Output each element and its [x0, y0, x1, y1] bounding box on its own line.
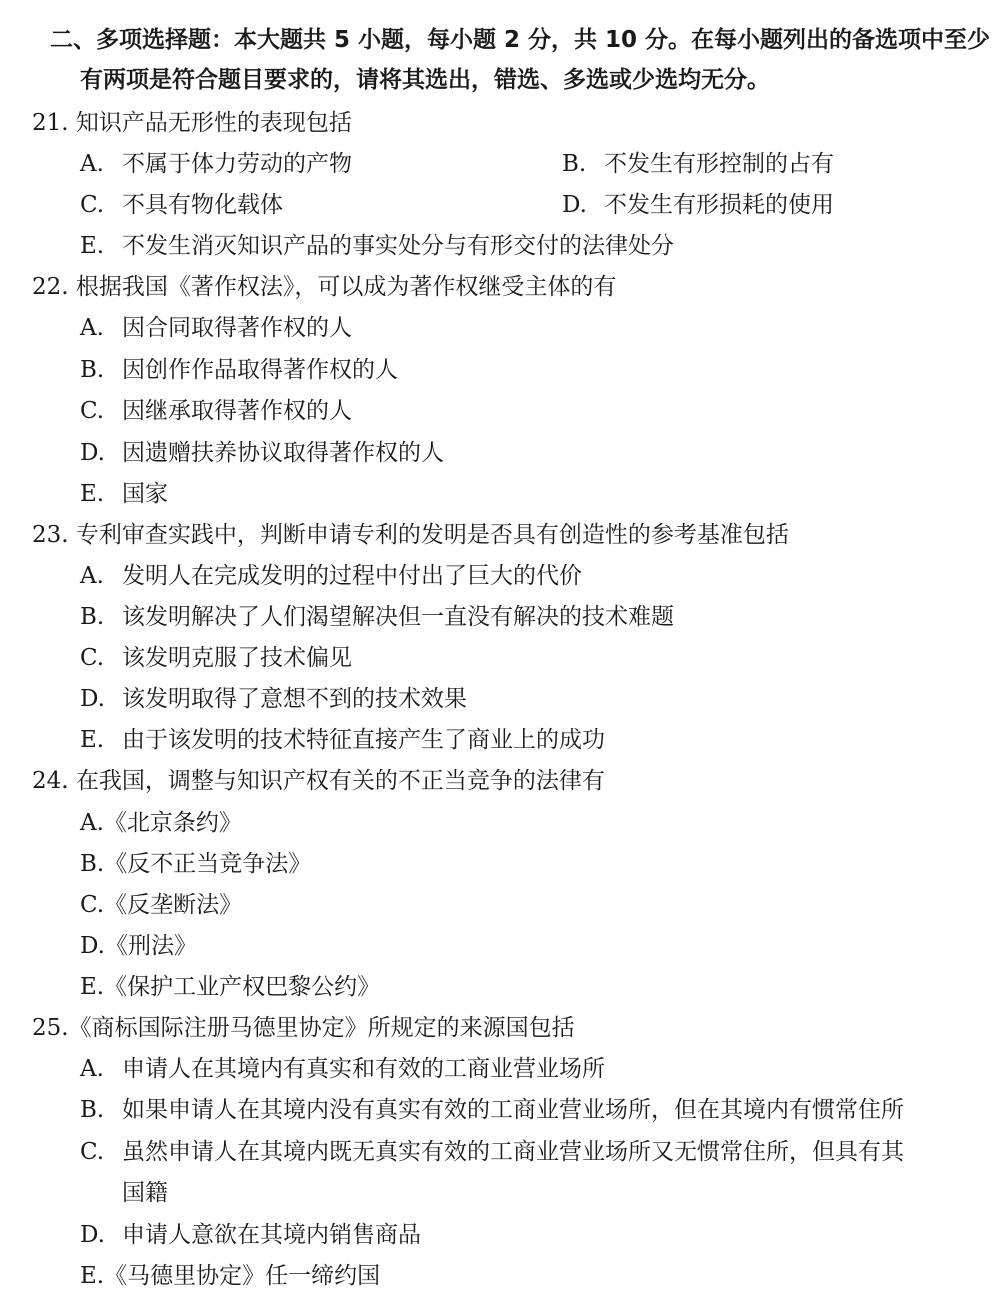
option-25-a: A.申请人在其境内有真实和有效的工商业营业场所: [80, 1054, 605, 1084]
option-text: 因继承取得著作权的人: [122, 398, 352, 424]
option-text: 国家: [122, 481, 168, 507]
option-letter: B.: [80, 602, 122, 632]
option-25-c-continuation: 国籍: [122, 1178, 168, 1208]
option-23-d: D.该发明取得了意想不到的技术效果: [80, 684, 467, 714]
question-stem: 根据我国《著作权法》，可以成为著作权继受主体的有: [76, 274, 617, 300]
option-21-a: A.不属于体力劳动的产物: [80, 149, 352, 179]
question-stem: 知识产品无形性的表现包括: [76, 110, 352, 136]
question-stem: 在我国，调整与知识产权有关的不正当竞争的法律有: [76, 768, 605, 794]
option-text: 发明人在完成发明的过程中付出了巨大的代价: [122, 563, 582, 589]
option-letter: A.: [80, 313, 122, 343]
option-24-a: A.《北京条约》: [80, 808, 242, 838]
option-24-b: B.《反不正当竞争法》: [80, 849, 311, 879]
option-text: 虽然申请人在其境内既无真实有效的工商业营业场所又无惯常住所，但具有其: [122, 1139, 904, 1165]
option-letter: B.: [80, 851, 104, 877]
option-22-a: A.因合同取得著作权的人: [80, 313, 352, 343]
option-23-e: E.由于该发明的技术特征直接产生了商业上的成功: [80, 725, 605, 755]
option-letter: D.: [80, 1220, 122, 1250]
question-21: 21. 知识产品无形性的表现包括: [32, 108, 352, 138]
option-text: 不具有物化载体: [122, 192, 283, 218]
option-22-b: B.因创作作品取得著作权的人: [80, 355, 398, 385]
question-25: 25.《商标国际注册马德里协定》所规定的来源国包括: [32, 1013, 575, 1043]
option-letter: B.: [80, 355, 122, 385]
option-letter: E.: [80, 1263, 104, 1289]
section-heading-line2: 有两项是符合题目要求的，请将其选出，错选、多选或少选均无分。: [80, 65, 770, 95]
option-letter: E.: [80, 479, 122, 509]
question-24: 24. 在我国，调整与知识产权有关的不正当竞争的法律有: [32, 766, 605, 796]
option-letter: A.: [80, 149, 122, 179]
option-text: 该发明克服了技术偏见: [122, 645, 352, 671]
option-letter: E.: [80, 231, 122, 261]
option-text: 不发生消灭知识产品的事实处分与有形交付的法律处分: [122, 233, 674, 259]
option-text: 因创作作品取得著作权的人: [122, 357, 398, 383]
option-letter: C.: [80, 892, 104, 918]
option-letter: D.: [562, 190, 604, 220]
option-text: 该发明取得了意想不到的技术效果: [122, 686, 467, 712]
option-text: 《反不正当竞争法》: [104, 851, 311, 877]
option-text: 因合同取得著作权的人: [122, 315, 352, 341]
option-22-d: D.因遗赠扶养协议取得著作权的人: [80, 438, 444, 468]
option-text: 《北京条约》: [104, 810, 242, 836]
question-number: 21.: [32, 108, 69, 138]
question-23: 23. 专利审查实践中，判断申请专利的发明是否具有创造性的参考基准包括: [32, 520, 789, 550]
option-text: 该发明解决了人们渴望解决但一直没有解决的技术难题: [122, 604, 674, 630]
option-text: 《保护工业产权巴黎公约》: [104, 974, 380, 1000]
option-22-c: C.因继承取得著作权的人: [80, 396, 352, 426]
question-number: 22.: [32, 272, 69, 302]
option-letter: A.: [80, 561, 122, 591]
option-letter: D.: [80, 933, 105, 959]
option-21-c: C.不具有物化载体: [80, 190, 283, 220]
option-letter: B.: [80, 1095, 122, 1125]
question-number: 23.: [32, 520, 69, 550]
option-letter: C.: [80, 1137, 122, 1167]
question-stem: 专利审查实践中，判断申请专利的发明是否具有创造性的参考基准包括: [76, 522, 789, 548]
option-text: 因遗赠扶养协议取得著作权的人: [122, 440, 444, 466]
option-23-c: C.该发明克服了技术偏见: [80, 643, 352, 673]
option-21-e: E.不发生消灭知识产品的事实处分与有形交付的法律处分: [80, 231, 674, 261]
option-letter: C.: [80, 643, 122, 673]
option-text: 申请人在其境内有真实和有效的工商业营业场所: [122, 1056, 605, 1082]
option-letter: E.: [80, 974, 104, 1000]
option-text: 如果申请人在其境内没有真实有效的工商业营业场所，但在其境内有惯常住所: [122, 1097, 904, 1123]
option-25-c: C.虽然申请人在其境内既无真实有效的工商业营业场所又无惯常住所，但具有其: [80, 1137, 904, 1167]
option-text: 由于该发明的技术特征直接产生了商业上的成功: [122, 727, 605, 753]
option-text: 《刑法》: [105, 933, 197, 959]
question-stem: 《商标国际注册马德里协定》所规定的来源国包括: [69, 1015, 575, 1041]
option-text: 不发生有形控制的占有: [604, 151, 834, 177]
option-letter: D.: [80, 684, 122, 714]
option-letter: C.: [80, 190, 122, 220]
option-24-c: C.《反垄断法》: [80, 890, 242, 920]
option-25-b: B.如果申请人在其境内没有真实有效的工商业营业场所，但在其境内有惯常住所: [80, 1095, 904, 1125]
option-22-e: E.国家: [80, 479, 168, 509]
question-22: 22. 根据我国《著作权法》，可以成为著作权继受主体的有: [32, 272, 616, 302]
option-letter: B.: [562, 149, 604, 179]
section-heading-line1: 二、多项选择题：本大题共 5 小题，每小题 2 分，共 10 分。在每小题列出的…: [50, 25, 990, 55]
option-21-d: D.不发生有形损耗的使用: [562, 190, 834, 220]
option-25-d: D.申请人意欲在其境内销售商品: [80, 1220, 421, 1250]
option-text: 不属于体力劳动的产物: [122, 151, 352, 177]
option-letter: A.: [80, 810, 104, 836]
option-letter: D.: [80, 438, 122, 468]
option-24-e: E.《保护工业产权巴黎公约》: [80, 972, 380, 1002]
option-letter: A.: [80, 1054, 122, 1084]
option-23-a: A.发明人在完成发明的过程中付出了巨大的代价: [80, 561, 582, 591]
option-21-b: B.不发生有形控制的占有: [562, 149, 834, 179]
exam-page: 二、多项选择题：本大题共 5 小题，每小题 2 分，共 10 分。在每小题列出的…: [0, 0, 1000, 1315]
option-23-b: B.该发明解决了人们渴望解决但一直没有解决的技术难题: [80, 602, 674, 632]
question-number: 25.: [32, 1013, 69, 1043]
option-24-d: D.《刑法》: [80, 931, 197, 961]
option-text: 《马德里协定》任一缔约国: [104, 1263, 380, 1289]
option-text: 申请人意欲在其境内销售商品: [122, 1222, 421, 1248]
question-number: 24.: [32, 766, 69, 796]
option-letter: C.: [80, 396, 122, 426]
option-text: 不发生有形损耗的使用: [604, 192, 834, 218]
option-text: 《反垄断法》: [104, 892, 242, 918]
option-letter: E.: [80, 725, 122, 755]
option-25-e: E.《马德里协定》任一缔约国: [80, 1261, 380, 1291]
